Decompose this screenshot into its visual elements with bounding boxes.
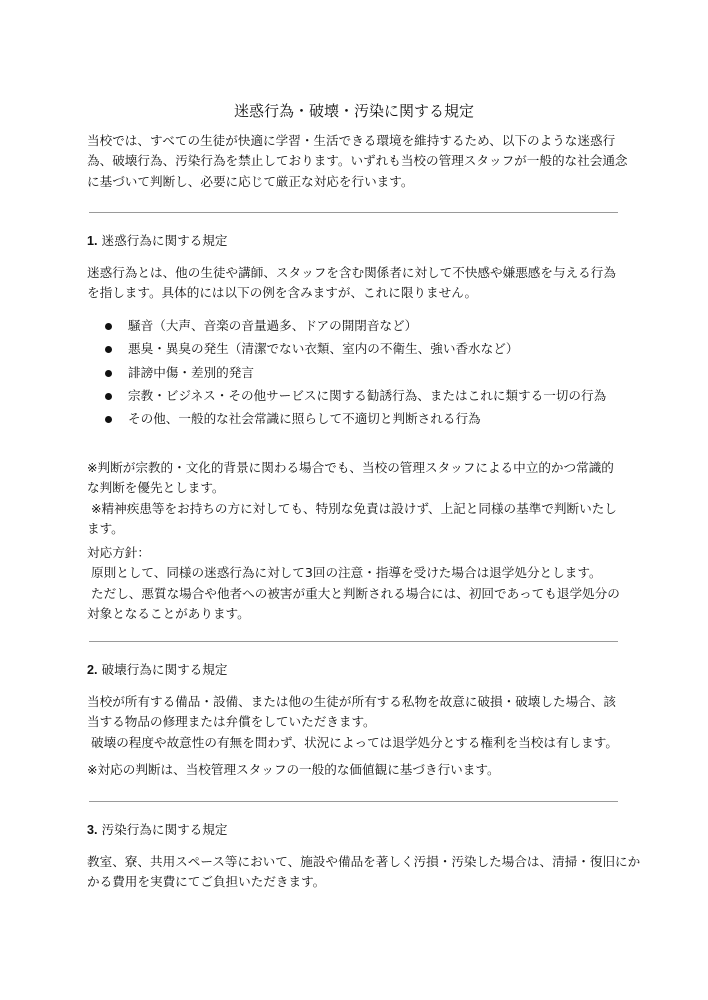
text-line: に基づいて判断し、必要に応じて厳正な対応を行います。	[87, 172, 621, 192]
section-1-heading: 1.迷惑行為に関する規定	[87, 231, 227, 251]
text-line: 破壊の程度や故意性の有無を問わず、状況によっては退学処分とする権利を当校は有しま…	[87, 733, 621, 753]
list-item: 宗教・ビジネス・その他サービスに関する勧誘行為、またはこれに類する一切の行為	[87, 386, 621, 409]
intro-paragraph: 当校では、すべての生徒が快適に学習・生活できる環境を維持するため、以下のような迷…	[87, 131, 621, 192]
text-line: 当校が所有する備品・設備、または他の生徒が所有する私物を故意に破損・破壊した場合…	[87, 692, 621, 712]
text-line: ただし、悪質な場合や他者への被害が重大と判断される場合には、初回であっても退学処…	[87, 584, 621, 604]
text-line: 当する物品の修理または弁償をしていただきます。	[87, 712, 621, 732]
section-number: 3.	[87, 823, 98, 837]
section-divider	[89, 801, 618, 802]
list-item-text: 悪臭・異臭の発生（清潔でない衣類、室内の不衛生、強い香水など）	[128, 341, 518, 356]
section-1-bullet-list: 騒音（大声、音楽の音量過多、ドアの開閉音など） 悪臭・異臭の発生（清潔でない衣類…	[87, 316, 621, 432]
text-line: を指します。具体的には以下の例を含みますが、これに限りません。	[87, 283, 621, 303]
list-item: その他、一般的な社会常識に照らして不適切と判断される行為	[87, 409, 621, 432]
section-1-body: 迷惑行為とは、他の生徒や講師、スタッフを含む関係者に対して不快感や嫌悪感を与える…	[87, 263, 621, 304]
section-3-body: 教室、寮、共用スペース等において、施設や備品を著しく汚損・汚染した場合は、清掃・…	[87, 852, 621, 893]
section-2-heading: 2.破壊行為に関する規定	[87, 660, 227, 680]
section-divider	[89, 212, 618, 213]
section-2-body: 当校が所有する備品・設備、または他の生徒が所有する私物を故意に破損・破壊した場合…	[87, 692, 621, 753]
text-line: 迷惑行為とは、他の生徒や講師、スタッフを含む関係者に対して不快感や嫌悪感を与える…	[87, 263, 621, 283]
section-1-policy: 対応方針： 原則として、同様の迷惑行為に対して3回の注意・指導を受けた場合は退学…	[87, 543, 621, 625]
text-line: ます。	[87, 519, 621, 539]
text-line: 原則として、同様の迷惑行為に対して3回の注意・指導を受けた場合は退学処分とします…	[87, 563, 621, 583]
text-line: かる費用を実費にてご負担いただきます。	[87, 872, 621, 892]
text-line: な判断を優先とします。	[87, 478, 621, 498]
document-title: 迷惑行為・破壊・汚染に関する規定	[87, 101, 621, 121]
text-line: ※対応の判断は、当校管理スタッフの一般的な価値観に基づき行います。	[87, 760, 621, 780]
list-item-text: 宗教・ビジネス・その他サービスに関する勧誘行為、またはこれに類する一切の行為	[128, 388, 606, 403]
text-line: 教室、寮、共用スペース等において、施設や備品を著しく汚損・汚染した場合は、清掃・…	[87, 852, 621, 872]
text-line: 対象となることがあります。	[87, 604, 621, 624]
section-number: 1.	[87, 234, 98, 248]
section-1-notes: ※判断が宗教的・文化的背景に関わる場合でも、当校の管理スタッフによる中立的かつ常…	[87, 458, 621, 540]
list-item-text: 誹謗中傷・差別的発言	[128, 365, 254, 380]
bullet-icon	[105, 323, 112, 330]
bullet-icon	[105, 370, 112, 377]
bullet-icon	[105, 393, 112, 400]
text-line: ※精神疾患等をお持ちの方に対しても、特別な免責は設けず、上記と同様の基準で判断い…	[87, 499, 621, 519]
section-title: 破壊行為に関する規定	[102, 662, 228, 677]
list-item: 騒音（大声、音楽の音量過多、ドアの開閉音など）	[87, 316, 621, 339]
section-3-heading: 3.汚染行為に関する規定	[87, 820, 227, 840]
text-line: ※判断が宗教的・文化的背景に関わる場合でも、当校の管理スタッフによる中立的かつ常…	[87, 458, 621, 478]
section-2-notes: ※対応の判断は、当校管理スタッフの一般的な価値観に基づき行います。	[87, 760, 621, 780]
list-item: 悪臭・異臭の発生（清潔でない衣類、室内の不衛生、強い香水など）	[87, 339, 621, 362]
text-line: 当校では、すべての生徒が快適に学習・生活できる環境を維持するため、以下のような迷…	[87, 131, 621, 151]
text-line: 為、破壊行為、汚染行為を禁止しております。いずれも当校の管理スタッフが一般的な社…	[87, 151, 621, 171]
list-item-text: 騒音（大声、音楽の音量過多、ドアの開閉音など）	[128, 318, 417, 333]
section-number: 2.	[87, 663, 98, 677]
section-title: 汚染行為に関する規定	[102, 822, 228, 837]
section-divider	[89, 641, 618, 642]
bullet-icon	[105, 416, 112, 423]
section-title: 迷惑行為に関する規定	[102, 233, 228, 248]
list-item-text: その他、一般的な社会常識に照らして不適切と判断される行為	[128, 411, 481, 426]
bullet-icon	[105, 346, 112, 353]
policy-label: 対応方針：	[87, 543, 621, 563]
list-item: 誹謗中傷・差別的発言	[87, 363, 621, 386]
